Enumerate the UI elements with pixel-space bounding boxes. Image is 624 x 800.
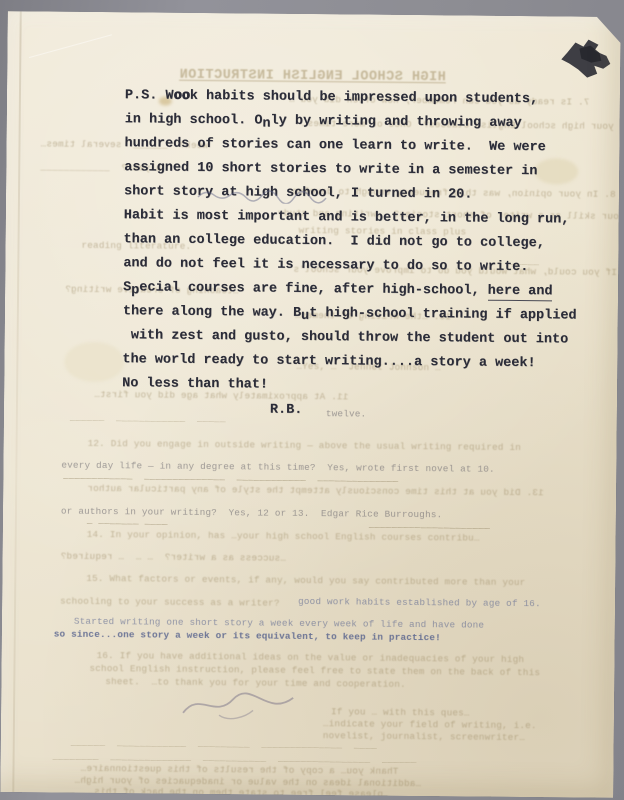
ghost-layer: HIGH SCHOOL ENGLISH INSTRUCTION7. Is rea… bbox=[8, 11, 621, 17]
ghost-line: HIGH SCHOOL ENGLISH INSTRUCTION bbox=[179, 68, 446, 86]
ghost-line: schooling to your success as a writer? bbox=[60, 596, 280, 609]
letter-text: n bbox=[262, 117, 270, 132]
ghost-line: …indicate your field of writing, i.e. bbox=[323, 718, 537, 731]
letter-text: P.S. W bbox=[125, 88, 174, 103]
letter-body: P.S. Wook habits should be impressed upo… bbox=[122, 84, 579, 400]
ghost-line: 14. In your opinion, has …your high scho… bbox=[87, 529, 480, 544]
ghost-line: …please feel free to state them on the b… bbox=[88, 786, 389, 798]
letter-text: the world ready to start writing....a st… bbox=[122, 352, 535, 371]
ghost-line: If you … with this ques… bbox=[331, 706, 470, 718]
paper-crease bbox=[29, 34, 112, 58]
ghost-line: _ _______ ____ bbox=[87, 515, 168, 527]
ghost-line: …success as a writer? … … … required? bbox=[60, 551, 285, 564]
letter-text: t high-school training if applied bbox=[309, 306, 576, 324]
letter-text: here and bbox=[488, 284, 553, 302]
paper-stain bbox=[64, 342, 124, 383]
ghost-line: ____________ ______________ ____________… bbox=[63, 470, 398, 484]
ghost-line: 13. Did you at this time consciously att… bbox=[87, 483, 544, 498]
paper-crease bbox=[12, 11, 21, 792]
letter-text: with zest and gusto, should throw the st… bbox=[123, 328, 569, 347]
ghost-line: good work habits established by age of 1… bbox=[298, 596, 541, 609]
letter-text: k habits should be impressed upon studen… bbox=[190, 89, 538, 107]
ghost-line: so since...one story a week or its equiv… bbox=[54, 629, 441, 644]
letter-text: S bbox=[123, 280, 131, 295]
handwriting-scribble bbox=[179, 689, 304, 722]
letter-text: p bbox=[131, 283, 139, 298]
ghost-line: _____________________ bbox=[369, 519, 490, 531]
ghost-line: 12. Did you engage in outside writing — … bbox=[88, 438, 522, 453]
letter-text: oo bbox=[173, 89, 189, 104]
document-page: HIGH SCHOOL ENGLISH INSTRUCTION7. Is rea… bbox=[0, 11, 620, 798]
letter-signature: R.B. bbox=[270, 399, 303, 423]
ink-stain bbox=[557, 34, 619, 83]
letter-text: No less than that! bbox=[122, 376, 268, 392]
letter-text: ly by writing and throwing away bbox=[270, 114, 521, 131]
ghost-line: ______ ____________ _____ bbox=[70, 412, 226, 424]
letter-text: ecial courses are fine, after high-schoo… bbox=[139, 280, 487, 298]
letter-text: assigned 10 short stories to write in a … bbox=[124, 160, 537, 179]
letter-line: No less than that! bbox=[122, 372, 576, 400]
ghost-line: sheet. …to thank you for your time and c… bbox=[105, 676, 406, 690]
letter-text: hundreds of stories can one learn to wri… bbox=[124, 136, 545, 155]
ghost-line: ______ ____________ _________ __________… bbox=[71, 737, 377, 751]
ghost-line: twelve. bbox=[326, 408, 367, 419]
letter-text: there along the way. B bbox=[123, 304, 301, 321]
pencil-scribble bbox=[196, 189, 336, 204]
letter-text: and do not feel it is necessary to do so… bbox=[123, 256, 528, 275]
letter-text: Habit is most important and is better, i… bbox=[124, 208, 570, 227]
ghost-line: 15. What factors or events, if any, woul… bbox=[86, 573, 525, 588]
letter-text: than an college education. I did not go … bbox=[124, 232, 545, 251]
letter-text: u bbox=[301, 309, 309, 324]
letter-text: in high school. O bbox=[125, 112, 263, 128]
scan-background: { "document": { "lines": [ [{"t":"P.S. W… bbox=[0, 0, 624, 800]
